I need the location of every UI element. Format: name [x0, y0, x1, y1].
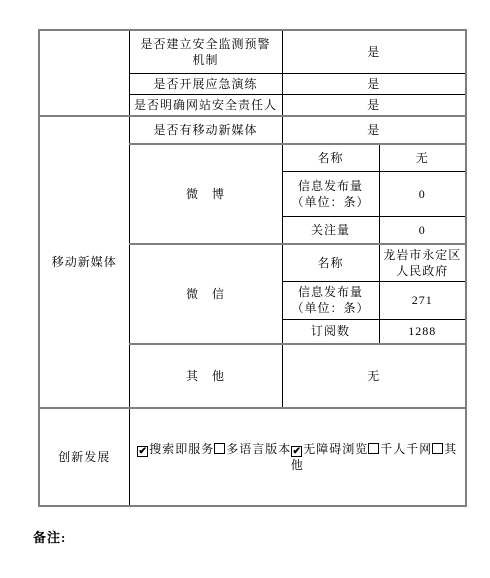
security-officer-label: 是否明确网站安全责任人 — [129, 94, 282, 116]
security-monitor-label: 是否建立安全监测预警 机制 — [129, 30, 282, 73]
security-officer-value: 是 — [282, 94, 466, 116]
wechat-subscribers-value: 1288 — [379, 319, 466, 344]
mobile-media-section-label: 移动新媒体 — [39, 116, 129, 408]
checkbox-checked-icon[interactable]: ✔ — [137, 446, 148, 457]
wechat-label: 微 信 — [129, 244, 282, 344]
checkbox-unchecked-icon[interactable] — [368, 443, 379, 454]
weibo-label: 微 博 — [129, 144, 282, 244]
annual-report-table: 是否建立安全监测预警 机制 是 是否开展应急演练 是 是否明确网站安全责任人 是… — [38, 29, 467, 507]
innovation-section-label: 创新发展 — [39, 408, 129, 506]
report-page: 是否建立安全监测预警 机制 是 是否开展应急演练 是 是否明确网站安全责任人 是… — [0, 0, 490, 578]
table-row: 移动新媒体 是否有移动新媒体 是 — [39, 116, 466, 144]
security-section-cell — [39, 30, 129, 116]
innovation-option-label: 无障碍浏览 — [303, 442, 368, 456]
innovation-option-label: 多语言版本 — [226, 442, 291, 456]
weibo-followers-label: 关注量 — [282, 217, 379, 244]
other-media-label: 其 他 — [129, 344, 282, 408]
emergency-drill-label: 是否开展应急演练 — [129, 73, 282, 94]
wechat-name-value: 龙岩市永定区 人民政府 — [379, 244, 466, 282]
weibo-posts-value: 0 — [379, 172, 466, 217]
wechat-posts-label: 信息发布量 （单位：条） — [282, 282, 379, 319]
other-media-value: 无 — [282, 344, 466, 408]
innovation-options: ✔搜索即服务多语言版本✔无障碍浏览千人千网其他 — [129, 408, 466, 506]
checkbox-unchecked-icon[interactable] — [214, 443, 225, 454]
wechat-posts-value: 271 — [379, 282, 466, 319]
weibo-name-value: 无 — [379, 144, 466, 172]
wechat-subscribers-label: 订阅数 — [282, 319, 379, 344]
checkbox-checked-icon[interactable]: ✔ — [291, 446, 302, 457]
wechat-name-label: 名称 — [282, 244, 379, 282]
weibo-posts-label: 信息发布量 （单位：条） — [282, 172, 379, 217]
remarks-label: 备注: — [33, 527, 66, 546]
weibo-followers-value: 0 — [379, 217, 466, 244]
emergency-drill-value: 是 — [282, 73, 466, 94]
has-mobile-media-value: 是 — [282, 116, 466, 144]
security-monitor-value: 是 — [282, 30, 466, 73]
has-mobile-media-label: 是否有移动新媒体 — [129, 116, 282, 144]
table-row: 是否建立安全监测预警 机制 是 — [39, 30, 466, 73]
checkbox-unchecked-icon[interactable] — [432, 443, 443, 454]
weibo-name-label: 名称 — [282, 144, 379, 172]
innovation-option-label: 搜索即服务 — [149, 442, 214, 456]
innovation-option-label: 千人千网 — [380, 442, 432, 456]
table-row: 创新发展 ✔搜索即服务多语言版本✔无障碍浏览千人千网其他 — [39, 408, 466, 506]
